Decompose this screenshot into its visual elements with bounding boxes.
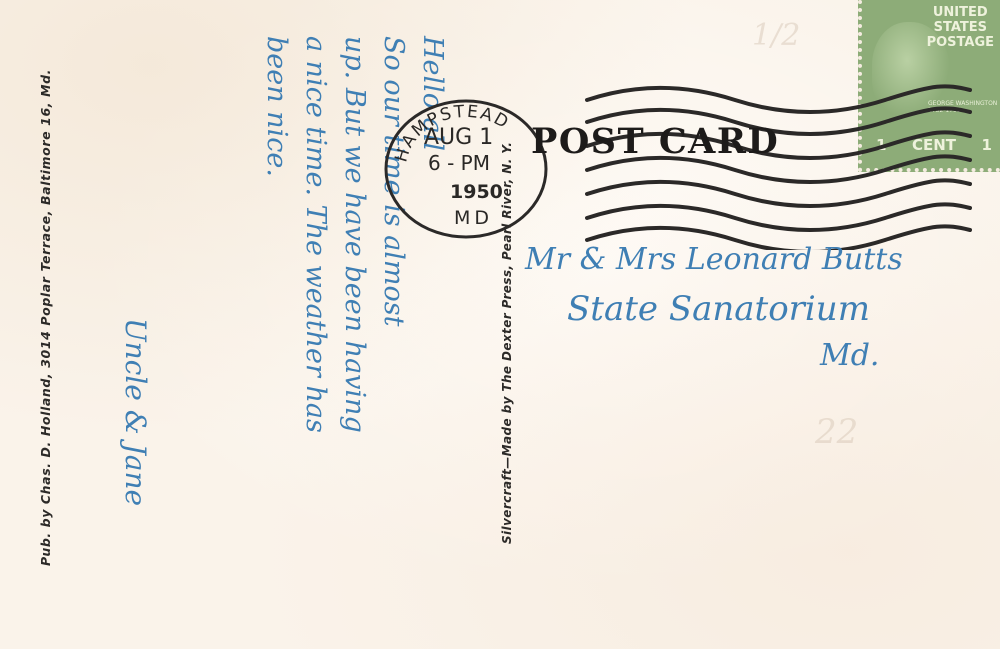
postmark-time: 6 - PM (428, 151, 490, 175)
message-line: up. But we have been having (335, 36, 374, 433)
postcard-back: Pub. by Chas. D. Holland, 3014 Poplar Te… (0, 0, 1000, 649)
publisher-credit: Pub. by Chas. D. Holland, 3014 Poplar Te… (38, 69, 53, 566)
pencil-mark-top: 1/2 (752, 18, 800, 53)
message-line: been nice. (257, 36, 296, 433)
pencil-mark-bottom: 22 (815, 412, 858, 452)
postmark-date: AUG 1 (424, 125, 493, 150)
address-line: Md. (820, 336, 879, 375)
message-line: a nice time. The weather has (296, 36, 335, 433)
postcard-title: POST CARD (531, 121, 779, 162)
postmark: HAMPSTEAD AUG 1 6 - PM 1950 MD (384, 99, 548, 239)
postmark-state: MD (454, 207, 493, 229)
signature: Uncle & Jane (116, 318, 155, 506)
address-line: State Sanatorium (567, 290, 870, 329)
stamp-country: UNITED STATES POSTAGE (927, 5, 994, 50)
postmark-year: 1950 (450, 181, 503, 203)
address-line: Mr & Mrs Leonard Butts (525, 240, 903, 279)
